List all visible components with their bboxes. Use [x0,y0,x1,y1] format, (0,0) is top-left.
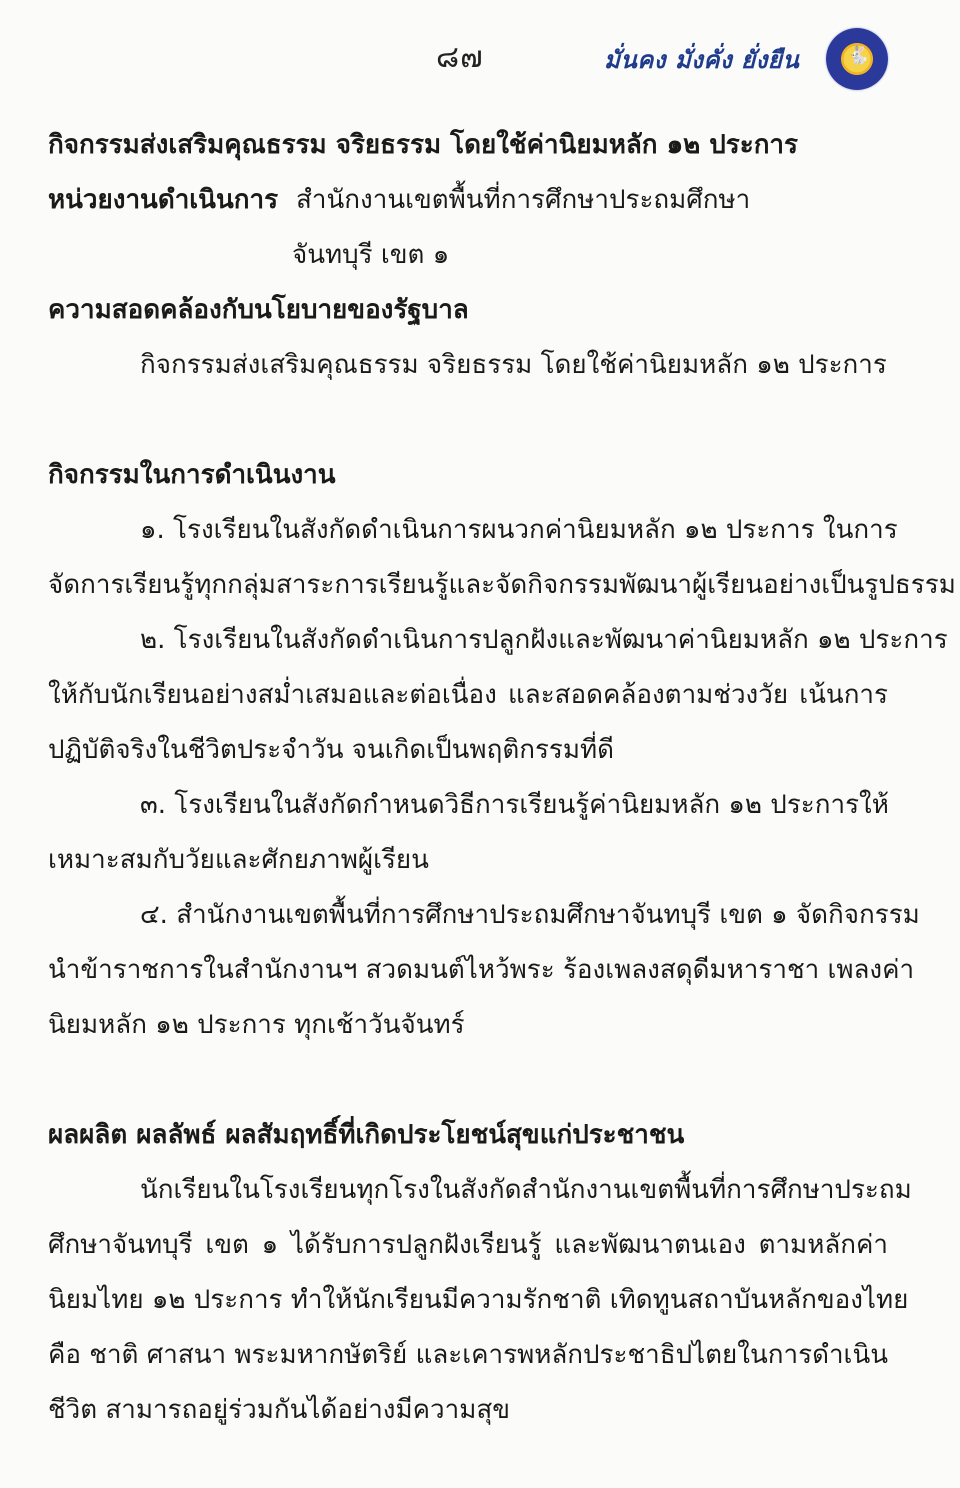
activity-line: ๔. สำนักงานเขตพื้นที่การศึกษาประถมศึกษาจ… [48,888,888,943]
activity-line: นิยมหลัก ๑๒ ประการ ทุกเช้าวันจันทร์ [48,998,888,1053]
page-header: ๘๗ มั่นคง มั่งคั่ง ยั่งยืน 🐇 [0,28,960,88]
spacer [48,1053,888,1108]
outcome-line: นิยมไทย ๑๒ ประการ ทำให้นักเรียนมีความรัก… [48,1273,888,1328]
rabbit-icon: 🐇 [847,46,867,66]
activity-line: จัดการเรียนรู้ทุกกลุ่มสาระการเรียนรู้และ… [48,558,888,613]
policy-heading: ความสอดคล้องกับนโยบายของรัฐบาล [48,283,888,338]
activity-line: เหมาะสมกับวัยและศักยภาพผู้เรียน [48,833,888,888]
activity-item-4: ๔. สำนักงานเขตพื้นที่การศึกษาประถมศึกษาจ… [48,888,888,1053]
activity-item-1: ๑. โรงเรียนในสังกัดดำเนินการผนวกค่านิยมห… [48,503,888,613]
outcome-line: ชีวิต สามารถอยู่ร่วมกันได้อย่างมีความสุข [48,1383,888,1438]
activity-line: ๒. โรงเรียนในสังกัดดำเนินการปลูกฝังและพั… [48,613,888,668]
activity-line: ให้กับนักเรียนอย่างสม่ำเสมอและต่อเนื่อง … [48,668,888,723]
outcome-line: นักเรียนในโรงเรียนทุกโรงในสังกัดสำนักงาน… [48,1163,888,1218]
activity-line: ๓. โรงเรียนในสังกัดกำหนดวิธีการเรียนรู้ค… [48,778,888,833]
slogan: มั่นคง มั่งคั่ง ยั่งยืน [604,40,799,79]
activity-item-2: ๒. โรงเรียนในสังกัดดำเนินการปลูกฝังและพั… [48,613,888,778]
outcome-line: คือ ชาติ ศาสนา พระมหากษัตริย์ และเคารพหล… [48,1328,888,1383]
spacer [48,393,888,448]
policy-text: กิจกรรมส่งเสริมคุณธรรม จริยธรรม โดยใช้ค่… [48,338,888,393]
activity-line: นำข้าราชการในสำนักงานฯ สวดมนต์ไหว้พระ ร้… [48,943,888,998]
document-body: กิจกรรมส่งเสริมคุณธรรม จริยธรรม โดยใช้ค่… [48,118,888,1438]
activity-line: ปฏิบัติจริงในชีวิตประจำวัน จนเกิดเป็นพฤต… [48,723,888,778]
outcome-line: ศึกษาจันทบุรี เขต ๑ ได้รับการปลูกฝังเรีย… [48,1218,888,1273]
agency-row: หน่วยงานดำเนินการสำนักงานเขตพื้นที่การศึ… [48,173,888,228]
activity-line: ๑. โรงเรียนในสังกัดดำเนินการผนวกค่านิยมห… [48,503,888,558]
page-number: ๘๗ [436,34,484,81]
agency-value-line2: จันทบุรี เขต ๑ [48,228,888,283]
outcomes-heading: ผลผลิต ผลลัพธ์ ผลสัมฤทธิ์ที่เกิดประโยชน์… [48,1108,888,1163]
rabbit-emblem-icon: 🐇 [826,28,888,90]
agency-value-line1: สำนักงานเขตพื้นที่การศึกษาประถมศึกษา [296,185,750,215]
document-title: กิจกรรมส่งเสริมคุณธรรม จริยธรรม โดยใช้ค่… [48,118,888,173]
agency-label: หน่วยงานดำเนินการ [48,185,278,215]
activity-item-3: ๓. โรงเรียนในสังกัดกำหนดวิธีการเรียนรู้ค… [48,778,888,888]
activities-heading: กิจกรรมในการดำเนินงาน [48,448,888,503]
